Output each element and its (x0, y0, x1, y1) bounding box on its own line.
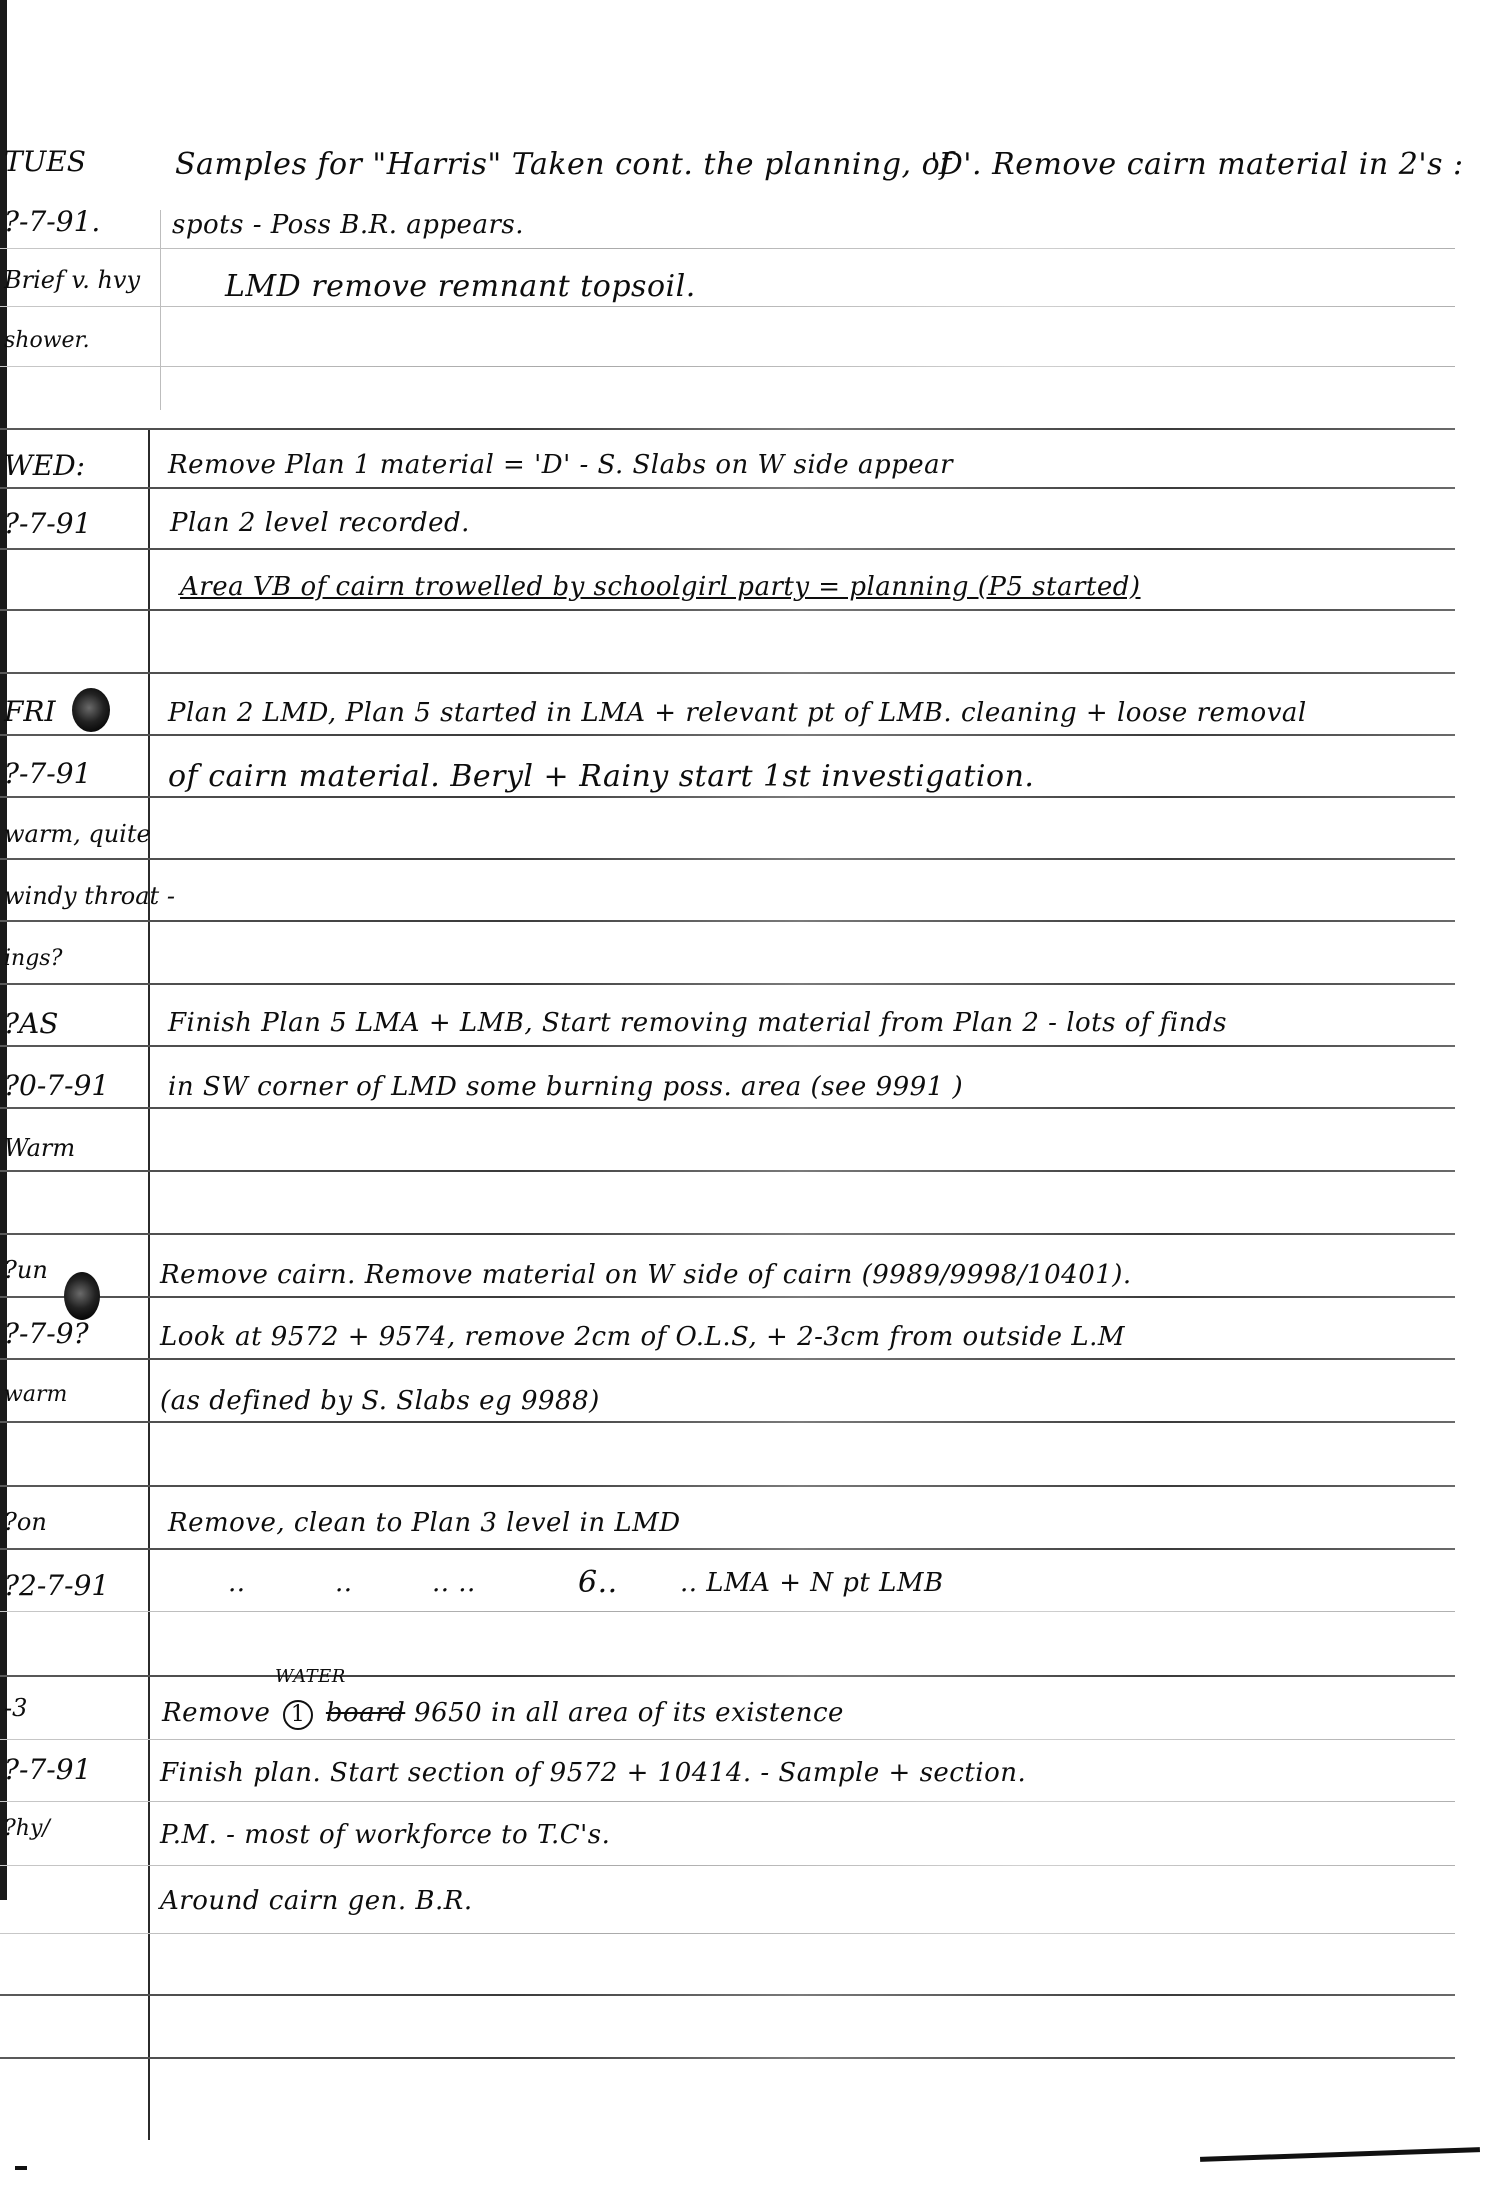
entry-weather: Brief v. hvy (4, 268, 140, 292)
ditto-mark: .. (228, 1570, 246, 1596)
ruled-line (0, 1611, 1455, 1612)
insertion-note: WATER (275, 1668, 346, 1686)
entry-line: .. LMA + N pt LMB (680, 1570, 944, 1596)
ruled-line (0, 1485, 1455, 1487)
entry-line: LMD remove remnant topsoil. (225, 272, 696, 302)
entry-line: Look at 9572 + 9574, remove 2cm of O.L.S… (160, 1324, 1125, 1350)
margin-rule-faint (160, 210, 161, 410)
struck-word: board (326, 1698, 405, 1728)
ruled-line (0, 1548, 1455, 1550)
ruled-line (0, 734, 1455, 736)
scan-artifact (15, 2166, 27, 2170)
ruled-line (0, 248, 1455, 249)
entry-date: ?-7-9? (4, 1320, 89, 1348)
entry-date: ?-7-91 (4, 760, 91, 788)
ruled-line (0, 1994, 1455, 1996)
ruled-line (0, 796, 1455, 798)
ditto-mark: .. .. (432, 1570, 476, 1596)
entry-weather: ings? (4, 948, 62, 970)
entry-line: spots - Poss B.R. appears. (172, 212, 524, 238)
ruled-line (0, 487, 1455, 489)
entry-line: Remove cairn. Remove material on W side … (160, 1262, 1132, 1288)
ruled-line (0, 1170, 1455, 1172)
entry-line: Remove Plan 1 material = 'D' - S. Slabs … (168, 452, 953, 478)
entry-weather: warm, quite (4, 822, 151, 846)
ruled-line (0, 672, 1455, 674)
ruled-line (0, 1801, 1455, 1802)
entry-line: Remove, clean to Plan 3 level in LMD (168, 1510, 681, 1536)
scan-artifact (1200, 2147, 1480, 2162)
entry-day: ?on (4, 1510, 47, 1534)
ruled-line (0, 609, 1455, 611)
ruled-line (0, 366, 1455, 367)
ruled-line (0, 1358, 1455, 1360)
entry-date: ?0-7-91 (4, 1072, 109, 1100)
ditto-mark: 6.. (578, 1568, 618, 1598)
ruled-line (0, 1865, 1455, 1866)
entry-date: ?-7-91 (4, 1756, 91, 1784)
ruled-line (0, 1421, 1455, 1423)
ruled-line (0, 306, 1455, 307)
ruled-line (0, 2057, 1455, 2059)
entry-line: Around cairn gen. B.R. (160, 1888, 473, 1914)
ruled-line (0, 1739, 1455, 1740)
ruled-line (0, 428, 1455, 430)
entry-line: of cairn material. Beryl + Rainy start 1… (168, 762, 1034, 792)
entry-day: FRI (4, 698, 56, 726)
entry-text: 9650 in all area of its existence (414, 1698, 844, 1728)
circled-number: 1 (283, 1700, 313, 1730)
ditto-mark: .. (335, 1570, 353, 1596)
entry-weather: windy throat - (4, 884, 175, 908)
ruled-line (0, 1675, 1455, 1677)
entry-line: P.M. - most of workforce to T.C's. (160, 1822, 610, 1848)
entry-day: ?AS (4, 1010, 58, 1038)
punch-hole (72, 688, 110, 732)
entry-line: Plan 2 LMD, Plan 5 started in LMA + rele… (168, 700, 1307, 726)
ruled-line (0, 1233, 1455, 1235)
entry-line: Samples for "Harris" Taken cont. the pla… (175, 150, 952, 180)
ruled-line (0, 920, 1455, 922)
entry-line: (as defined by S. Slabs eg 9988) (160, 1388, 600, 1414)
ruled-line (0, 858, 1455, 860)
entry-line: Area VB of cairn trowelled by schoolgirl… (180, 574, 1141, 600)
ruled-line (0, 1107, 1455, 1109)
ruled-line (0, 983, 1455, 985)
ruled-line (0, 1296, 1455, 1298)
entry-day: TUES (4, 148, 86, 176)
ruled-line (0, 1933, 1455, 1934)
entry-date: ?-7-91. (4, 208, 100, 236)
entry-line: Finish plan. Start section of 9572 + 104… (160, 1760, 1026, 1786)
entry-day: -3 (4, 1696, 27, 1720)
entry-text: Remove (162, 1698, 270, 1728)
entry-weather: shower. (4, 330, 90, 352)
entry-line: Finish Plan 5 LMA + LMB, Start removing … (168, 1010, 1227, 1036)
entry-line: 'D'. Remove cairn material in 2's : (930, 150, 1464, 180)
entry-line: Remove 1 board 9650 in all area of its e… (162, 1700, 844, 1730)
entry-weather: warm (4, 1384, 67, 1406)
punch-hole (64, 1272, 100, 1320)
entry-weather: ?hy/ (4, 1818, 50, 1840)
margin-rule (148, 430, 150, 2140)
entry-weather: Warm (4, 1136, 75, 1160)
entry-line: Plan 2 level recorded. (170, 510, 470, 536)
entry-day: WED: (4, 452, 85, 480)
entry-day: ?un (4, 1258, 48, 1282)
entry-date: ?2-7-91 (4, 1572, 109, 1600)
ruled-line (0, 1045, 1455, 1047)
ruled-line (0, 548, 1455, 550)
entry-date: ?-7-91 (4, 510, 91, 538)
entry-line: in SW corner of LMD some burning poss. a… (168, 1074, 963, 1100)
